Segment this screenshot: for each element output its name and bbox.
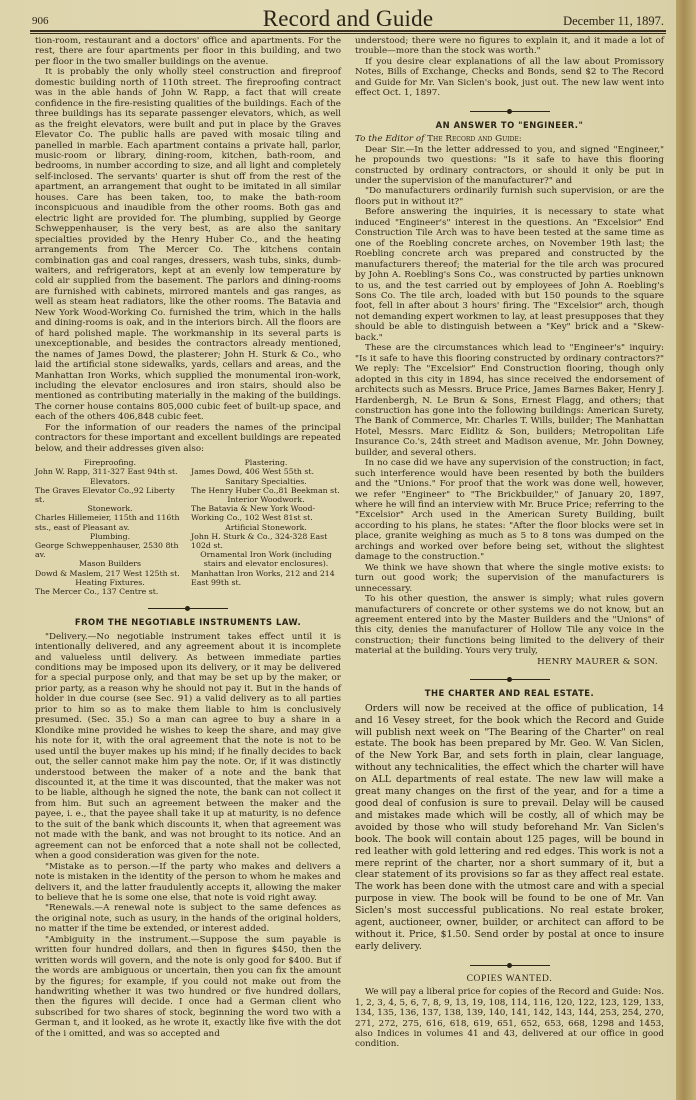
contractor-entry: Mason BuildersDowd & Maslem, 217 West 12… (35, 559, 185, 577)
contractor-entry: Stonework.Charles Hillemeier, 115th and … (35, 504, 185, 532)
paragraph: To his other question, the answer is sim… (355, 594, 664, 657)
contractor-entry: Plastering.James Dowd, 406 West 55th st. (191, 458, 341, 476)
article-heading: AN ANSWER TO "ENGINEER." (355, 120, 664, 130)
paragraph: "Renewals.—A renewal note is subject to … (35, 903, 341, 934)
newspaper-page: 906 Record and Guide December 11, 1897. … (0, 0, 676, 1100)
paragraph: We will pay a liberal price for copies o… (355, 987, 664, 1050)
signature: HENRY MAURER & SON. (355, 657, 664, 667)
contractors-list-right: Plastering.James Dowd, 406 West 55th st.… (191, 458, 341, 596)
article-heading: COPIES WANTED. (355, 974, 664, 984)
contractor-entry: Elevators.The Graves Elevator Co.,92 Lib… (35, 477, 185, 505)
contractor-entry: Plumbing.George Schweppenhauser, 2530 8t… (35, 532, 185, 560)
contractors-list-left: Fireproofing.John W. Rapp, 311-327 East … (35, 458, 185, 596)
header-rule-thin (30, 33, 666, 34)
paragraph: Dear Sir.—In the letter addressed to you… (355, 145, 664, 187)
contractor-entry: Interior Woodwork.The Batavia & New York… (191, 495, 341, 523)
left-column: tion-room, restaurant and a doctors' off… (35, 36, 341, 1039)
paragraph: These are the circumstances which lead t… (355, 343, 664, 458)
paragraph: "Delivery.—No negotiable instrument take… (35, 632, 341, 862)
paragraph: It is probably the only wholly steel con… (35, 67, 341, 422)
contractor-entry: Ornamental Iron Work (including stairs a… (191, 550, 341, 587)
paragraph: We think we have shown that where the si… (355, 563, 664, 594)
section-separator (470, 675, 550, 683)
contractors-list: Fireproofing.John W. Rapp, 311-327 East … (35, 458, 341, 596)
paragraph: In no case did we have any supervision o… (355, 458, 664, 563)
paragraph: "Ambiguity in the instrument.—Suppose th… (35, 935, 341, 1040)
paragraph: "Mistake as to person.—If the party who … (35, 862, 341, 904)
contractor-entry: Artificial Stonework.John H. Sturk & Co.… (191, 523, 341, 551)
salutation: To the Editor of The Record and Guide: (355, 134, 664, 144)
right-column: understood; there were no figures to exp… (355, 36, 664, 1050)
section-separator (148, 604, 228, 612)
contractor-entry: Heating Fixtures.The Mercer Co., 137 Cen… (35, 578, 185, 596)
section-separator (470, 961, 550, 969)
binding-edge (676, 0, 696, 1100)
article-heading: THE CHARTER AND REAL ESTATE. (355, 688, 664, 698)
header-rule (30, 30, 666, 32)
paragraph: Orders will now be received at the offic… (355, 703, 664, 953)
page-header: 906 Record and Guide December 11, 1897. (30, 6, 666, 30)
contractor-entry: Sanitary Specialties.The Henry Huber Co.… (191, 477, 341, 495)
contractor-entry: Fireproofing.John W. Rapp, 311-327 East … (35, 458, 185, 476)
paragraph: Before answering the inquiries, it is ne… (355, 207, 664, 343)
paragraph: understood; there were no figures to exp… (355, 36, 664, 57)
paragraph: For the information of our readers the n… (35, 423, 341, 454)
article-heading: FROM THE NEGOTIABLE INSTRUMENTS LAW. (35, 617, 341, 627)
paragraph: tion-room, restaurant and a doctors' off… (35, 36, 341, 67)
paragraph: "Do manufacturers ordinarily furnish suc… (355, 186, 664, 207)
section-separator (470, 107, 550, 115)
paragraph: If you desire clear explanations of all … (355, 57, 664, 99)
issue-date: December 11, 1897. (563, 14, 664, 29)
